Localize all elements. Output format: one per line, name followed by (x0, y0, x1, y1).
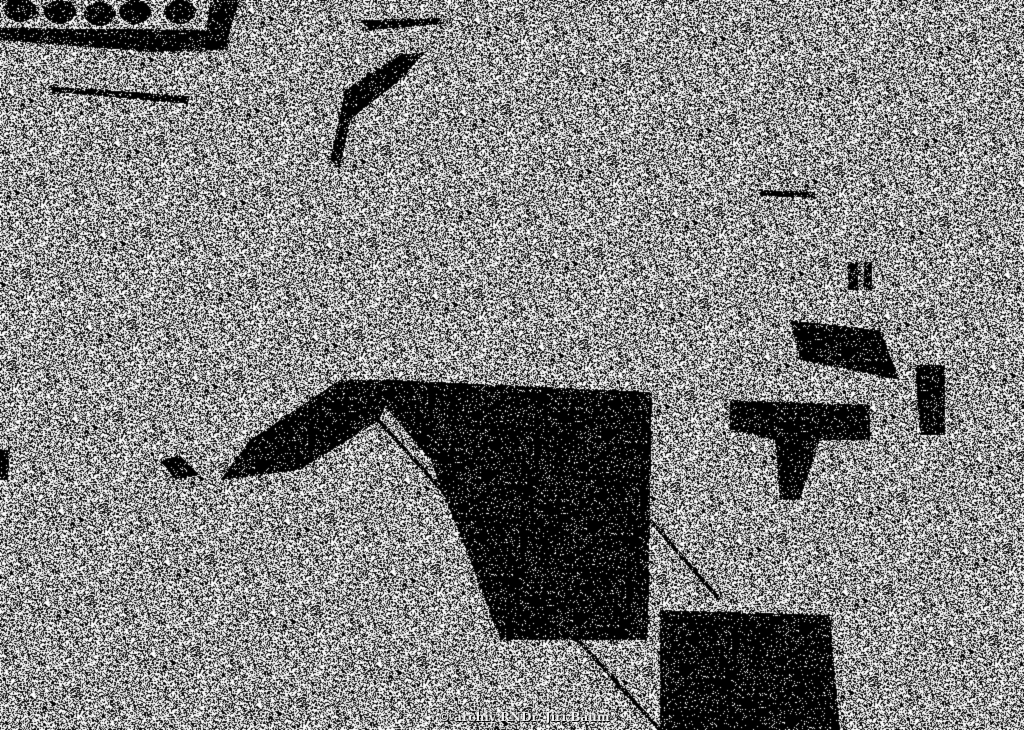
noisy-photograph (0, 0, 1024, 730)
copyright-caption: © archiv RNDr. Jiří Baum (438, 710, 610, 724)
photograph-frame: © archiv RNDr. Jiří Baum (0, 0, 1024, 730)
